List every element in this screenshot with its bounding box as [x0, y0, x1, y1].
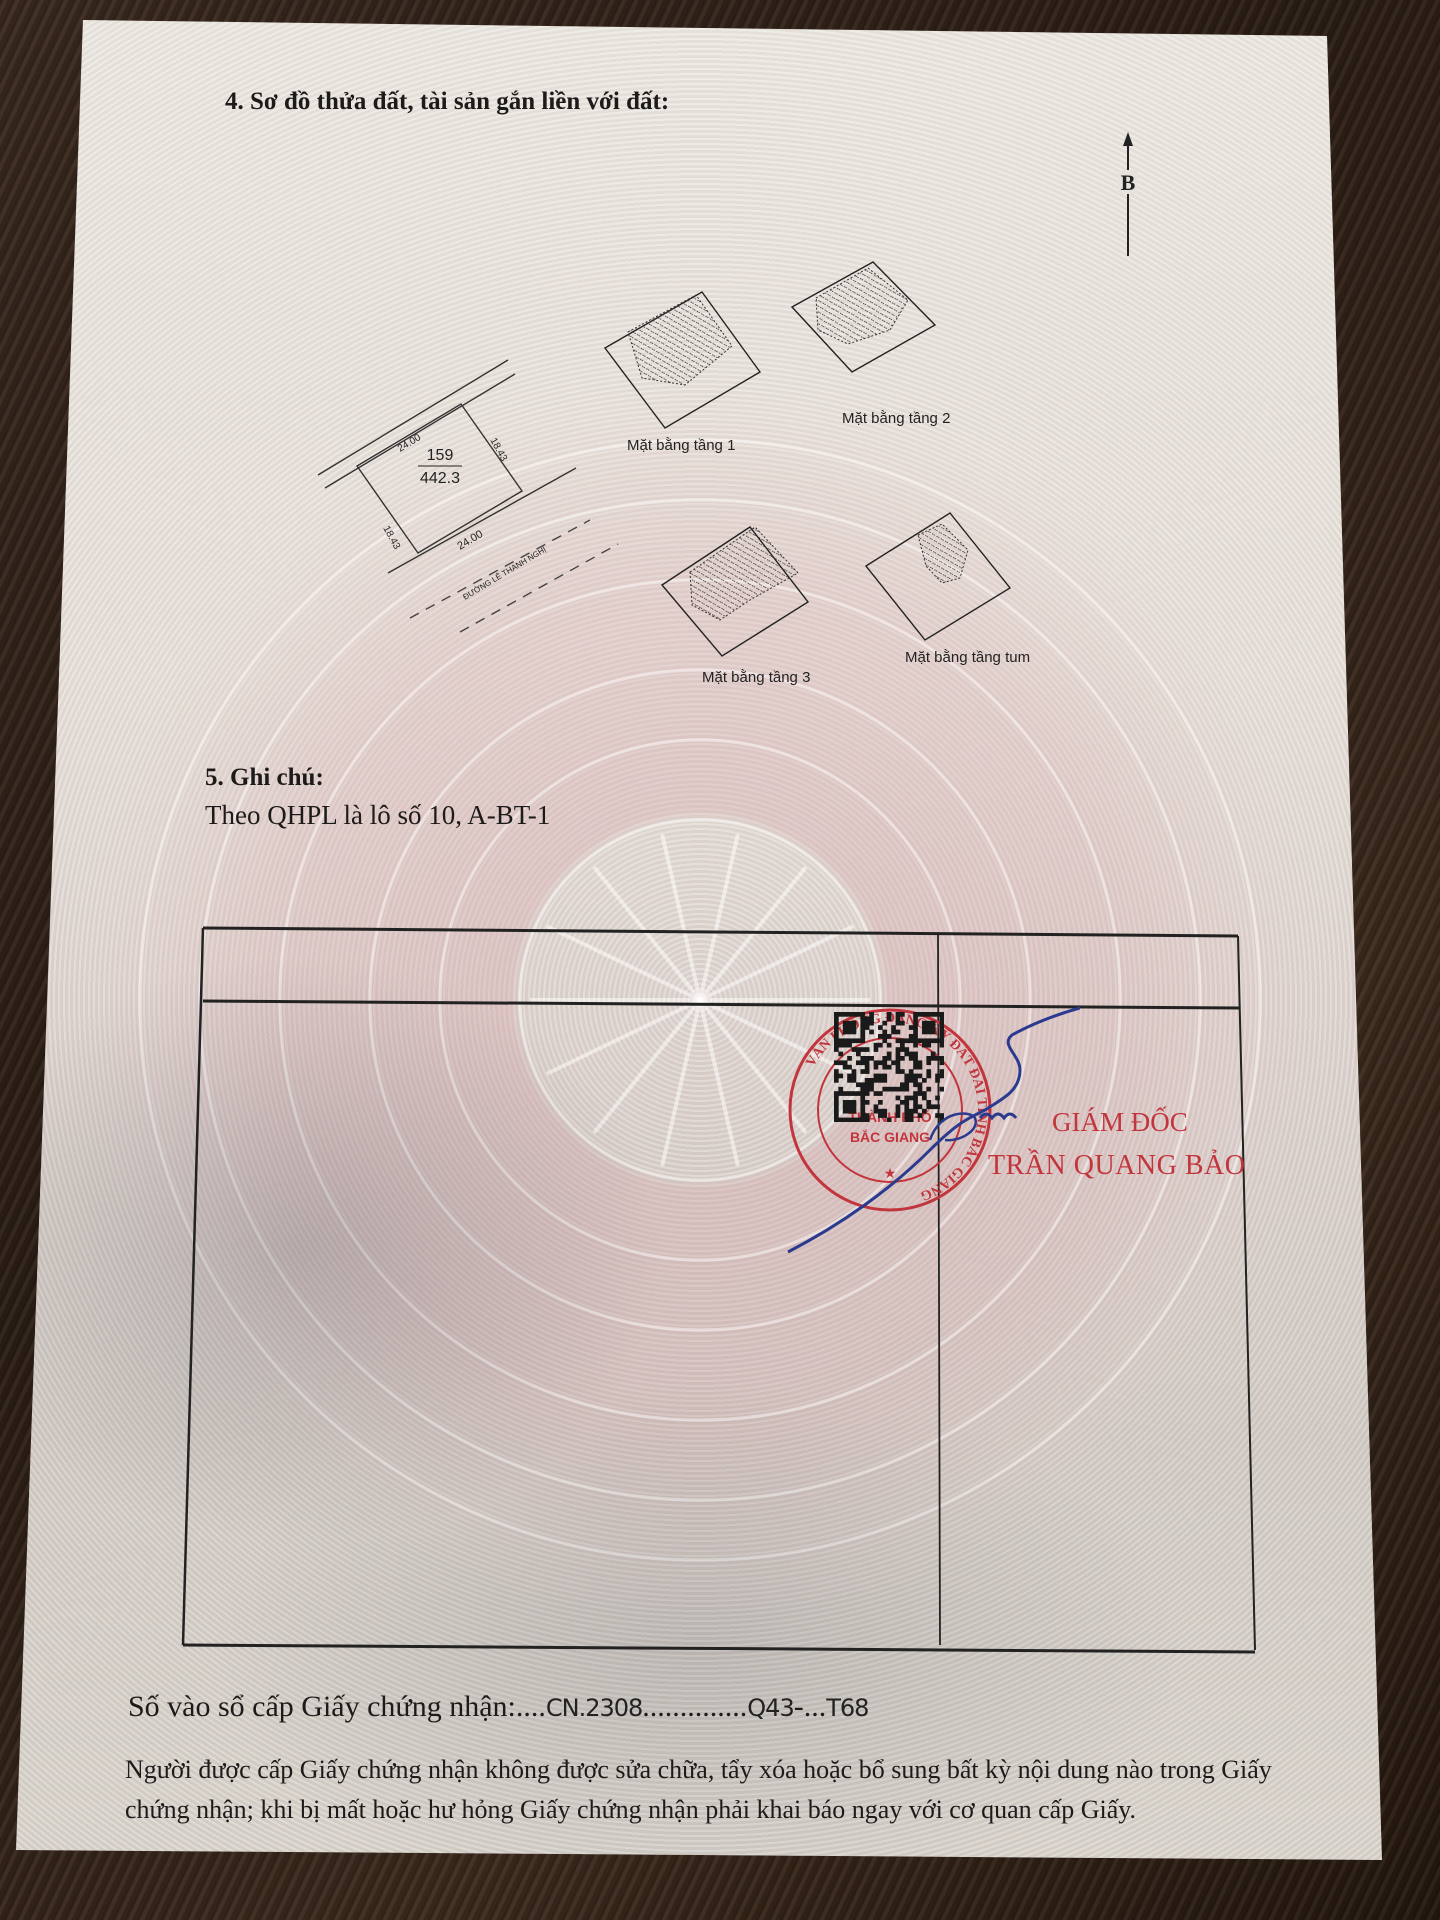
handwritten-signature: [780, 1000, 1080, 1280]
signature-table: [0, 0, 1440, 1920]
signer-title: GIÁM ĐỐC: [1052, 1107, 1188, 1138]
registration-page: T68: [826, 1694, 868, 1722]
registration-book: Q43: [747, 1694, 793, 1722]
signer-name: TRẦN QUANG BẢO: [988, 1150, 1245, 1182]
footer-warning: Người được cấp Giấy chứng nhận không đượ…: [125, 1750, 1305, 1830]
registration-label: Số vào sổ cấp Giấy chứng nhận:: [128, 1690, 516, 1723]
registration-number: CN.2308: [546, 1694, 642, 1722]
registration-line: Số vào sổ cấp Giấy chứng nhận:....CN.230…: [128, 1690, 868, 1724]
